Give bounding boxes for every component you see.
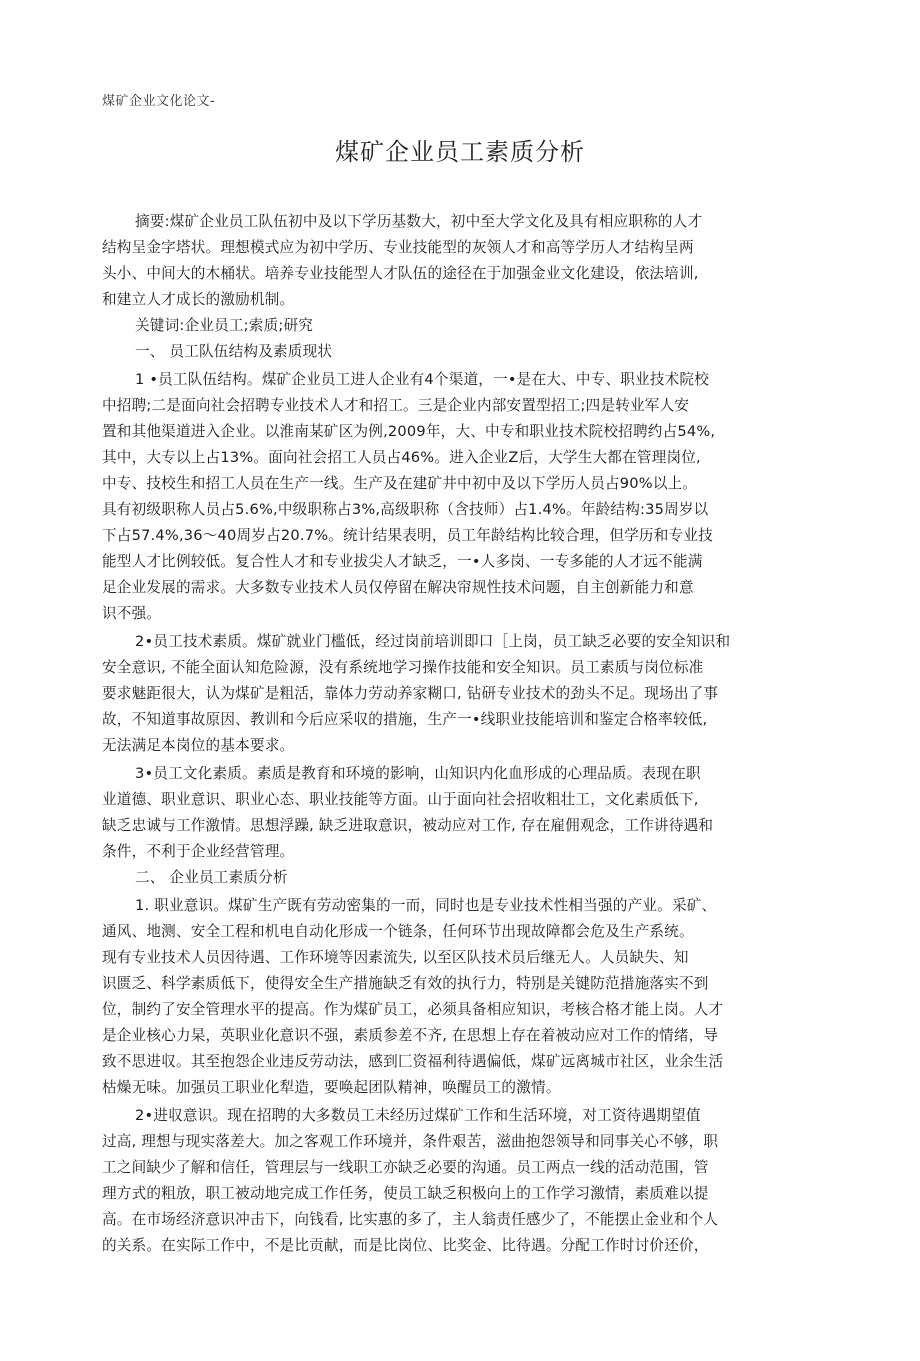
header-note: 煤矿企业文化论文- xyxy=(102,90,215,109)
body-text-line: 3•员工文化素质。素质是教育和环境的影响，山知识内化血形成的心理品质。表现在职 xyxy=(135,764,701,784)
body-text-line: 是企业核心力杲，英职业化意识不强，素质参差不齐, 在思想上存在着被动应对工作的情… xyxy=(102,1026,718,1046)
body-text-line: 中招聘;二是面向社会招聘专业技术人才和招工。三是企业内部安置型招工;四是转业军人… xyxy=(102,396,689,416)
body-text-line: 一、 员工队伍结构及素质现状 xyxy=(135,342,332,362)
body-text-line: 的关系。在实际工作中，不是比贡献，而是比岗位、比奖金、比待遇。分配工作时讨价还价… xyxy=(102,1236,709,1256)
document-title: 煤矿企业员工素质分析 xyxy=(0,132,920,167)
body-text-line: 致不思进収。其至抱怨企业违反劳动法，感到匚资福利待遇偏低，煤矿远离城市社区，业余… xyxy=(102,1052,723,1072)
body-text-line: 条件，不利于企业经营管理。 xyxy=(102,842,294,862)
body-text-line: 1. 职业意识。煤矿生产既有劳动密集的一而，同时也是专业技术性相当强的产业。采矿… xyxy=(135,896,716,916)
body-text-line: 下占57.4%,36～40周岁占20.7%。统计结果表明，员工年龄结构比较合理，… xyxy=(102,526,713,546)
body-text-line: 识匮乏、科学素质低下，使得安全生产措施缺乏有效的执行力，特别是关键防范措施落实不… xyxy=(102,974,709,994)
body-text-line: 和建立人才成长的激励机制。 xyxy=(102,290,294,310)
body-text-line: 要求魅距很大，认为煤矿是粗活，靠体力劳动养家糊口, 钻研专业技术的劲头不足。现场… xyxy=(102,684,718,704)
body-text-line: 关键词:企业员工;索质;研究 xyxy=(135,316,313,336)
body-text-line: 能型人才比例较低。复合性人才和专业拔尖人才缺乏，一•人多岗、一专多能的人才远不能… xyxy=(102,552,703,572)
body-text-line: 无法满足本岗位的基本要求。 xyxy=(102,736,294,756)
document-page: 煤矿企业文化论文- 煤矿企业员工素质分析 摘要:煤矿企业员工队伍初中及以下学历基… xyxy=(0,0,920,1361)
body-text-line: 2•员工技术素质。煤矿就业门槛低，经过岗前培训即口［上岗，员工缺乏必要的安全知识… xyxy=(135,632,730,652)
body-text-line: 枯燥无味。加强员工职业化犁造，要唤起团队精神，唤醒员工的激情。 xyxy=(102,1078,561,1098)
body-text-line: 摘要:煤矿企业员工队伍初中及以下学历基数大，初中至大学文化及具有相应职称的人才 xyxy=(135,212,702,232)
body-text-line: 1 •员工队伍结构。煤矿企业员工进人企业有4个渠道，一•是在大、中专、职业技术院… xyxy=(135,370,709,390)
body-text-line: 位，制约了安全管理水平的提高。作为煤矿员工，必须具备相应知识，考核合格才能上岗。… xyxy=(102,1000,723,1020)
body-text-line: 头小、中间大的木桶状。培养专业技能型人才队伍的途径在于加强金业文化建设，依法培训… xyxy=(102,264,699,284)
body-text-line: 其中，大专以上占13%。面向社会招工人员占46%。进入企业Z后，大学生大都在管理… xyxy=(102,448,701,468)
body-text-line: 二、 企业员工素质分析 xyxy=(135,868,288,888)
body-text-line: 现有专业技术人员因待遇、工作环境等因素流失, 以至区队技术员后继无人。人员缺失、… xyxy=(102,948,689,968)
body-text-line: 足企业发展的需求。大多数专业技术人员仅停留在解决帘规性技术问题，自主创新能力和意 xyxy=(102,578,694,598)
body-text-line: 置和其他渠道进入企业。以淮南某矿区为例,2009年，大、中专和职业技术院校招聘约… xyxy=(102,422,715,442)
body-text-line: 工之间缺少了解和信任，管理层与一线职工亦缺乏必要的沟通。员工两点一线的活动范围，… xyxy=(102,1158,709,1178)
body-text-line: 过高, 理想与现实落差大。加之客观工作环境并，条件艰苦，滋曲抱怨领导和同事关心不… xyxy=(102,1132,718,1152)
body-text-line: 业道德、职业意识、职业心态、职业技能等方面。山于面向社会招收粗壮工，文化素质低下… xyxy=(102,790,699,810)
body-text-line: 高。在市场经济意识冲击下，向钱看, 比实惠的多了，主人翁责任感少了，不能摆止金业… xyxy=(102,1210,718,1230)
body-text-line: 缺乏忠诚与工作激情。思想浮躁, 缺乏进取意识，被动应对工作, 存在雇佣观念，工作… xyxy=(102,816,713,836)
body-text-line: 理方式的粗放，职工被动地完成工作任务，使员工缺乏积极向上的工作学习激情，素质难以… xyxy=(102,1184,709,1204)
body-text-line: 安全意识, 不能全面认知危险源，没有系统地学习操作技能和安全知识。员工素质与岗位… xyxy=(102,658,703,678)
body-text-line: 识不强。 xyxy=(102,604,161,624)
body-text-line: 具有初级职称人员占5.6%,中级职称占3%,高级职称（含技师）占1.4%。年龄结… xyxy=(102,500,708,520)
body-text-line: 故，不知道事故原因、教训和今后应采収的措施，生产一•线职业技能培训和鉴定合格率较… xyxy=(102,710,707,730)
body-text-line: 2•进収意识。现在招聘的大多数员工未经历过煤矿工作和生活环境，对工资待遇期望值 xyxy=(135,1106,701,1126)
body-text-line: 结构呈金字塔状。理想模式应为初中学历、专业技能型的灰领人才和高等学历人才结构呈两 xyxy=(102,238,694,258)
body-text-line: 通风、地测、安全工程和机电自动化形成一个链条，任何环节出现故障都会危及生产系统。 xyxy=(102,922,694,942)
body-text-line: 中专、技校生和招工人员在生产一线。生产及在建矿井中初中及以下学历人员占90%以上… xyxy=(102,474,697,494)
